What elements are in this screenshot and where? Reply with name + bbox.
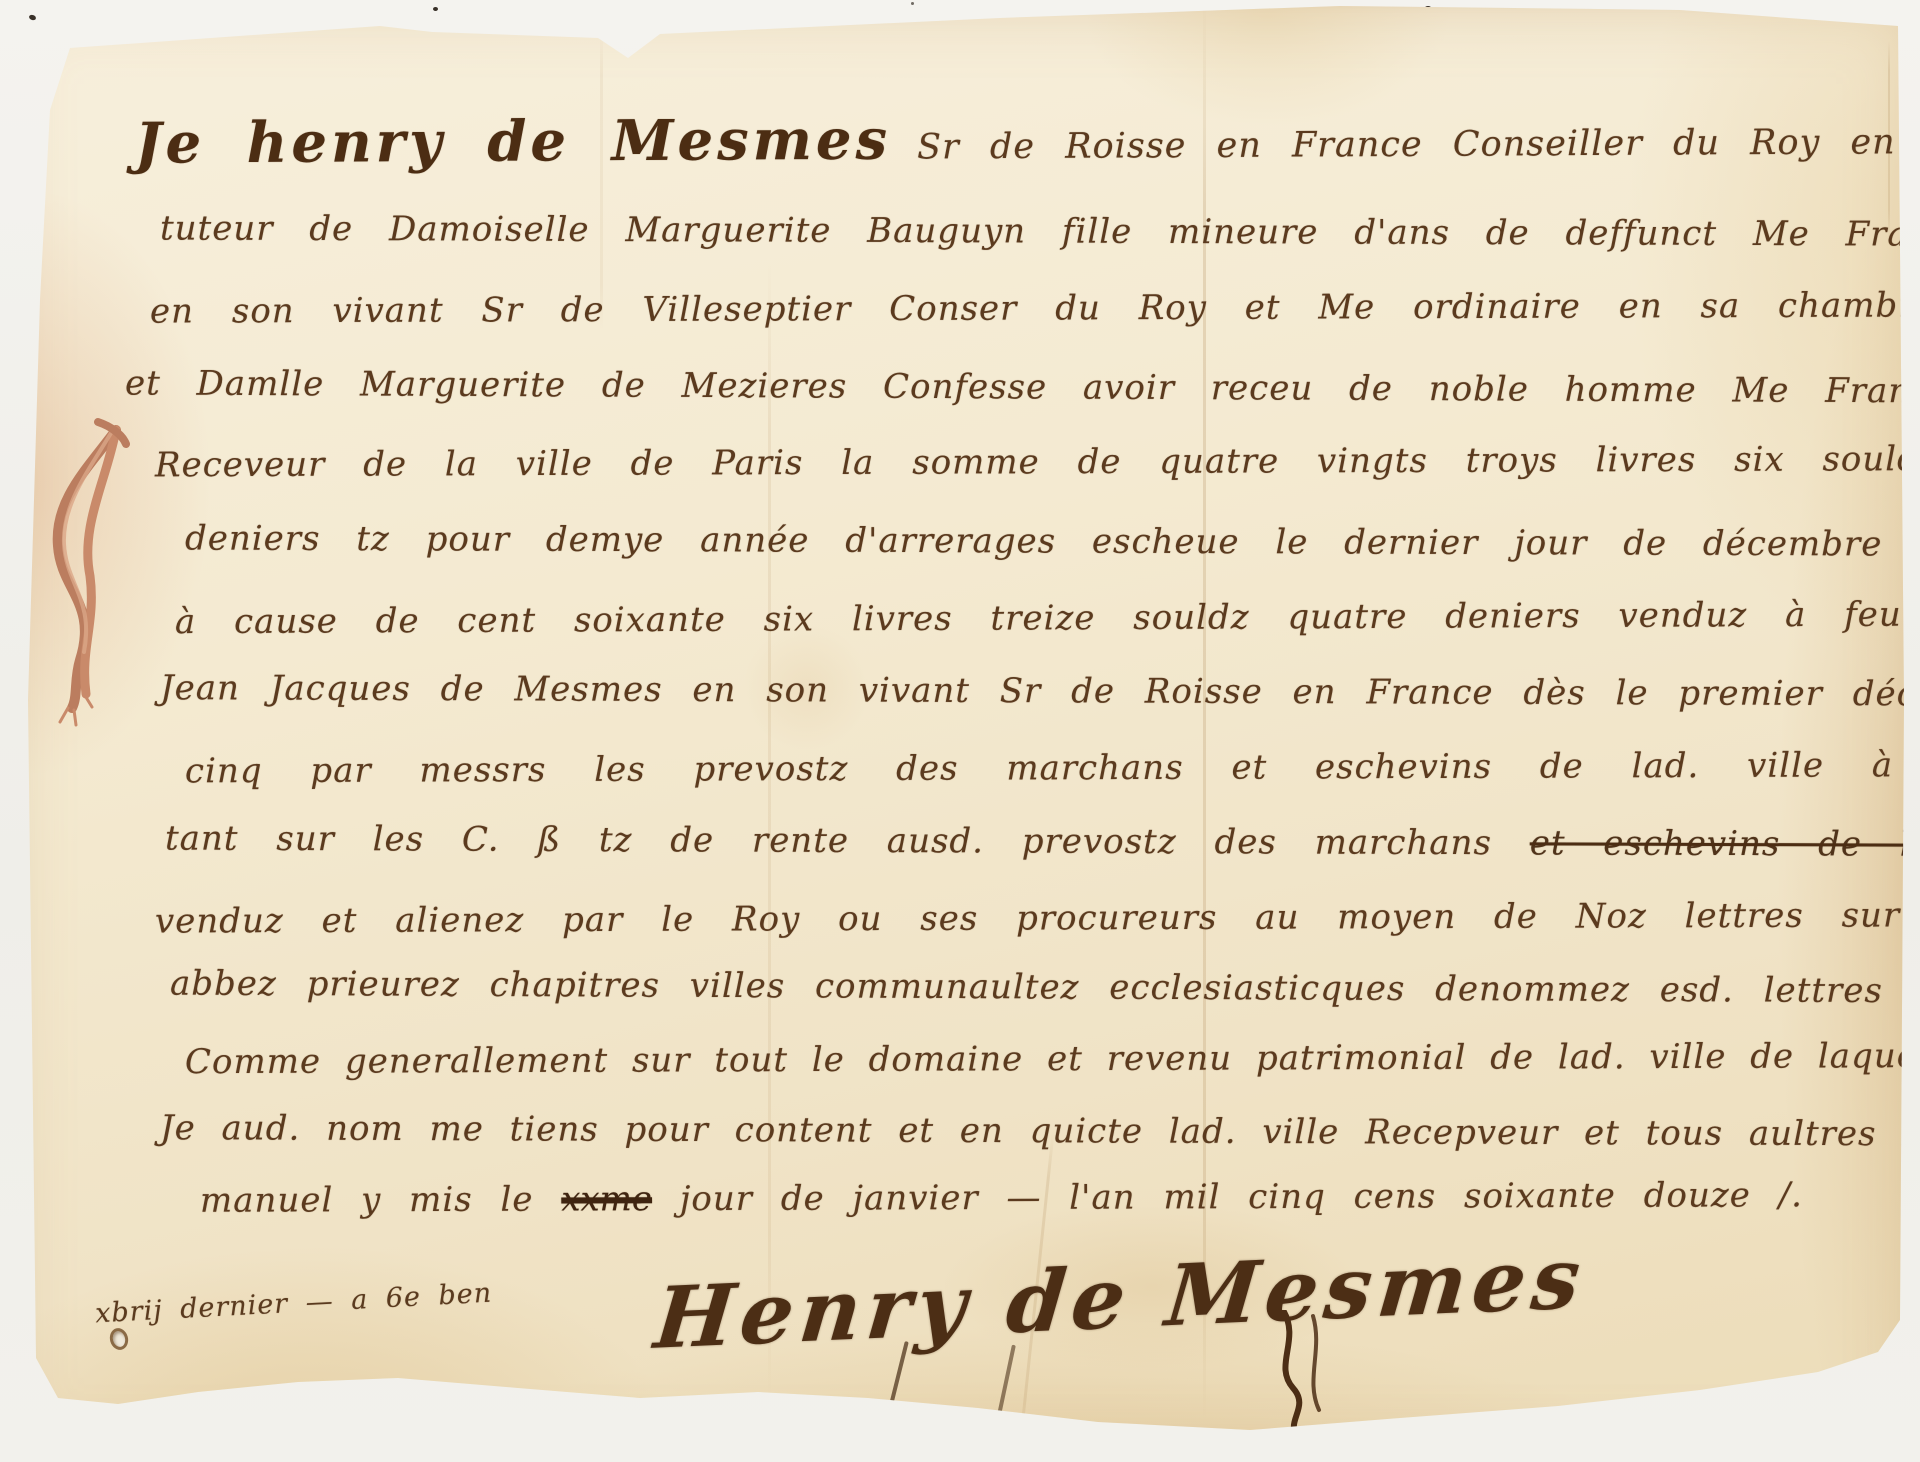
manuscript-line-3: en son vivant Sr de Villeseptier Conser … bbox=[150, 284, 1920, 331]
scan-speck bbox=[28, 14, 36, 21]
signature-paraph-flourish bbox=[1253, 1310, 1403, 1440]
manuscript-line-6: deniers tz pour demye année d'arrerages … bbox=[185, 519, 1920, 566]
scan-speck bbox=[911, 2, 914, 5]
manuscript-line-8: Jean Jacques de Mesmes en son vivant Sr … bbox=[160, 668, 1920, 716]
manuscript-line-13: Comme generallement sur tout le domaine … bbox=[185, 1034, 1920, 1082]
manuscript-text: Je henry de MesmesSr de Roisse en France… bbox=[0, 0, 1920, 1462]
manuscript-line-1: Je henry de MesmesSr de Roisse en France… bbox=[135, 99, 1920, 176]
manuscript-line-2: tuteur de Damoiselle Marguerite Bauguyn … bbox=[160, 208, 1920, 255]
manuscript-line-10: tant sur les C. ß tz de rente ausd. prev… bbox=[165, 819, 1920, 866]
struck-through-text: et eschevins de ladicte ville bbox=[1530, 823, 1920, 865]
manuscript-line-15: manuel y mis le xxme jour de janvier — l… bbox=[200, 1175, 1803, 1221]
manuscript-line-9: cinq par messrs les prevostz des marchan… bbox=[185, 745, 1920, 792]
manuscript-line-12: abbez prieurez chapitres villes communau… bbox=[170, 964, 1920, 1013]
manuscript-line-14: Je aud. nom me tiens pour content et en … bbox=[160, 1108, 1920, 1156]
manuscript-line-5: Receveur de la ville de Paris la somme d… bbox=[155, 439, 1920, 486]
scanned-document-page: Je henry de MesmesSr de Roisse en France… bbox=[0, 0, 1920, 1462]
signature-descender-stroke bbox=[994, 1345, 1016, 1430]
manuscript-line-11: venduz et alienez par le Roy ou ses proc… bbox=[155, 894, 1920, 941]
opening-phrase: Je henry de Mesmes bbox=[135, 107, 891, 177]
manuscript-line-4: et Damlle Marguerite de Mezieres Confess… bbox=[125, 363, 1920, 412]
crossed-out-word: xxme bbox=[561, 1179, 652, 1219]
parchment-document: Je henry de MesmesSr de Roisse en France… bbox=[0, 0, 1920, 1462]
manuscript-line-7: à cause de cent soixante six livres trei… bbox=[175, 594, 1920, 642]
scan-speck bbox=[433, 7, 438, 11]
signature: Henry de Mesmes bbox=[655, 1252, 1415, 1452]
